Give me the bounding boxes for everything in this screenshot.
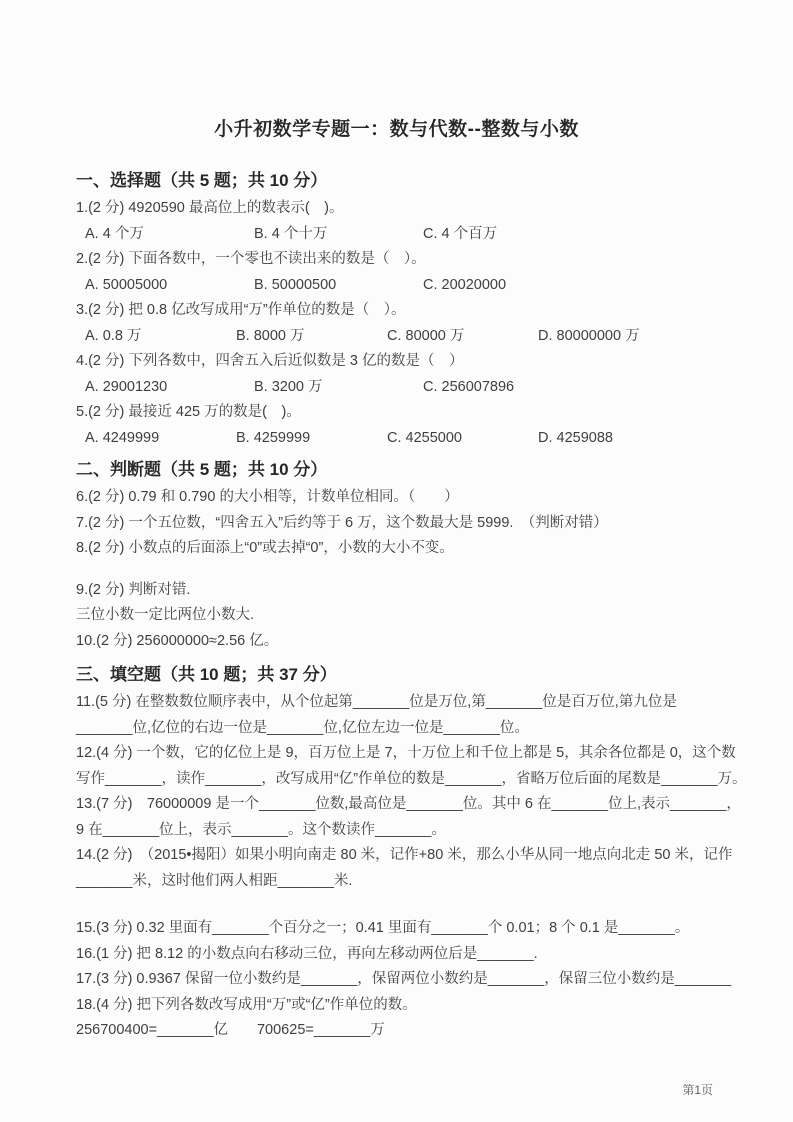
question-9: 9.(2 分) 判断对错. 三位小数一定比两位小数大. <box>76 578 717 629</box>
option-c: C. 20020000 <box>423 273 506 299</box>
question-text: 7.(2 分) 一个五位数，“四舍五入”后约等于 6 万，这个数最大是 5999… <box>76 511 717 537</box>
option-c: C. 4 个百万 <box>423 222 497 248</box>
options-row: A. 4 个万 B. 4 个十万 C. 4 个百万 <box>76 222 717 248</box>
option-b: B. 4259999 <box>236 426 387 452</box>
question-11: 11.(5 分) 在整数数位顺序表中，从个位起第_______位是万位,第___… <box>76 690 717 741</box>
option-c: C. 4255000 <box>387 426 538 452</box>
question-text-line2: 写作_______，读作_______，改写成用“亿”作单位的数是_______… <box>76 767 717 793</box>
question-text-line2: _______位,亿位的右边一位是_______位,亿位左边一位是_______… <box>76 716 717 742</box>
section-heading-judge: 二、判断题（共 5 题；共 10 分） <box>76 455 717 485</box>
option-b: B. 8000 万 <box>236 324 387 350</box>
question-text: 6.(2 分) 0.79 和 0.790 的大小相等，计数单位相同。（ ） <box>76 485 717 511</box>
question-17: 17.(3 分) 0.9367 保留一位小数约是_______，保留两位小数约是… <box>76 967 717 993</box>
option-a: A. 0.8 万 <box>85 324 236 350</box>
page-number: 第1页 <box>682 1082 713 1098</box>
section-heading-choice: 一、选择题（共 5 题；共 10 分） <box>76 166 717 196</box>
exam-page: 小升初数学专题一：数与代数--整数与小数 一、选择题（共 5 题；共 10 分）… <box>0 0 793 1122</box>
question-text-line2: 三位小数一定比两位小数大. <box>76 603 717 629</box>
question-text: 16.(1 分) 把 8.12 的小数点向右移动三位，再向左移动两位后是____… <box>76 942 717 968</box>
option-b: B. 4 个十万 <box>254 222 423 248</box>
question-3: 3.(2 分) 把 0.8 亿改写成用“万”作单位的数是（ ）。 A. 0.8 … <box>76 298 717 349</box>
question-text: 11.(5 分) 在整数数位顺序表中，从个位起第_______位是万位,第___… <box>76 690 717 716</box>
option-c: C. 256007896 <box>423 375 514 401</box>
option-a: A. 50005000 <box>85 273 254 299</box>
page-content: 小升初数学专题一：数与代数--整数与小数 一、选择题（共 5 题；共 10 分）… <box>76 0 717 1044</box>
question-text: 4.(2 分) 下列各数中，四舍五入后近似数是 3 亿的数是（ ） <box>76 349 717 375</box>
question-text: 15.(3 分) 0.32 里面有_______个百分之一；0.41 里面有__… <box>76 916 717 942</box>
question-text: 8.(2 分) 小数点的后面添上“0”或去掉“0”，小数的大小不变。 <box>76 536 717 562</box>
option-a: A. 4249999 <box>85 426 236 452</box>
question-text: 12.(4 分) 一个数，它的亿位上是 9，百万位上是 7，十万位上和千位上都是… <box>76 741 717 767</box>
options-row: A. 50005000 B. 50000500 C. 20020000 <box>76 273 717 299</box>
question-text: 5.(2 分) 最接近 425 万的数是( )。 <box>76 400 717 426</box>
options-row: A. 0.8 万 B. 8000 万 C. 80000 万 D. 8000000… <box>76 324 717 350</box>
question-18: 18.(4 分) 把下列各数改写成用“万”或“亿”作单位的数。 25670040… <box>76 993 717 1044</box>
options-row: A. 4249999 B. 4259999 C. 4255000 D. 4259… <box>76 426 717 452</box>
question-5: 5.(2 分) 最接近 425 万的数是( )。 A. 4249999 B. 4… <box>76 400 717 451</box>
question-text: 13.(7 分) 76000009 是一个_______位数,最高位是_____… <box>76 792 717 818</box>
question-text: 1.(2 分) 4920590 最高位上的数表示( )。 <box>76 196 717 222</box>
question-text: 17.(3 分) 0.9367 保留一位小数约是_______，保留两位小数约是… <box>76 967 717 993</box>
option-b: B. 50000500 <box>254 273 423 299</box>
question-8: 8.(2 分) 小数点的后面添上“0”或去掉“0”，小数的大小不变。 <box>76 536 717 562</box>
question-6: 6.(2 分) 0.79 和 0.790 的大小相等，计数单位相同。（ ） <box>76 485 717 511</box>
option-c: C. 80000 万 <box>387 324 538 350</box>
question-12: 12.(4 分) 一个数，它的亿位上是 9，百万位上是 7，十万位上和千位上都是… <box>76 741 717 792</box>
question-13: 13.(7 分) 76000009 是一个_______位数,最高位是_____… <box>76 792 717 843</box>
option-a: A. 29001230 <box>85 375 254 401</box>
question-text: 10.(2 分) 256000000≈2.56 亿。 <box>76 629 717 655</box>
question-text: 9.(2 分) 判断对错. <box>76 578 717 604</box>
options-row: A. 29001230 B. 3200 万 C. 256007896 <box>76 375 717 401</box>
option-d: D. 4259088 <box>538 426 613 452</box>
question-text: 3.(2 分) 把 0.8 亿改写成用“万”作单位的数是（ ）。 <box>76 298 717 324</box>
section-heading-fill: 三、填空题（共 10 题；共 37 分） <box>76 660 717 690</box>
question-text-line2: 256700400=_______亿 700625=_______万 <box>76 1018 717 1044</box>
question-text: 2.(2 分) 下面各数中，一个零也不读出来的数是（ ）。 <box>76 247 717 273</box>
question-7: 7.(2 分) 一个五位数，“四舍五入”后约等于 6 万，这个数最大是 5999… <box>76 511 717 537</box>
question-1: 1.(2 分) 4920590 最高位上的数表示( )。 A. 4 个万 B. … <box>76 196 717 247</box>
question-14: 14.(2 分) （2015•揭阳）如果小明向南走 80 米，记作+80 米，那… <box>76 843 717 894</box>
option-b: B. 3200 万 <box>254 375 423 401</box>
option-d: D. 80000000 万 <box>538 324 640 350</box>
question-15: 15.(3 分) 0.32 里面有_______个百分之一；0.41 里面有__… <box>76 916 717 942</box>
question-16: 16.(1 分) 把 8.12 的小数点向右移动三位，再向左移动两位后是____… <box>76 942 717 968</box>
question-text: 18.(4 分) 把下列各数改写成用“万”或“亿”作单位的数。 <box>76 993 717 1019</box>
question-10: 10.(2 分) 256000000≈2.56 亿。 <box>76 629 717 655</box>
question-text-line2: _______米，这时他们两人相距_______米. <box>76 869 717 895</box>
question-2: 2.(2 分) 下面各数中，一个零也不读出来的数是（ ）。 A. 5000500… <box>76 247 717 298</box>
option-a: A. 4 个万 <box>85 222 254 248</box>
doc-title: 小升初数学专题一：数与代数--整数与小数 <box>76 116 717 144</box>
question-4: 4.(2 分) 下列各数中，四舍五入后近似数是 3 亿的数是（ ） A. 290… <box>76 349 717 400</box>
question-text: 14.(2 分) （2015•揭阳）如果小明向南走 80 米，记作+80 米，那… <box>76 843 717 869</box>
question-text-line2: 9 在_______位上，表示_______。这个数读作_______。 <box>76 818 717 844</box>
